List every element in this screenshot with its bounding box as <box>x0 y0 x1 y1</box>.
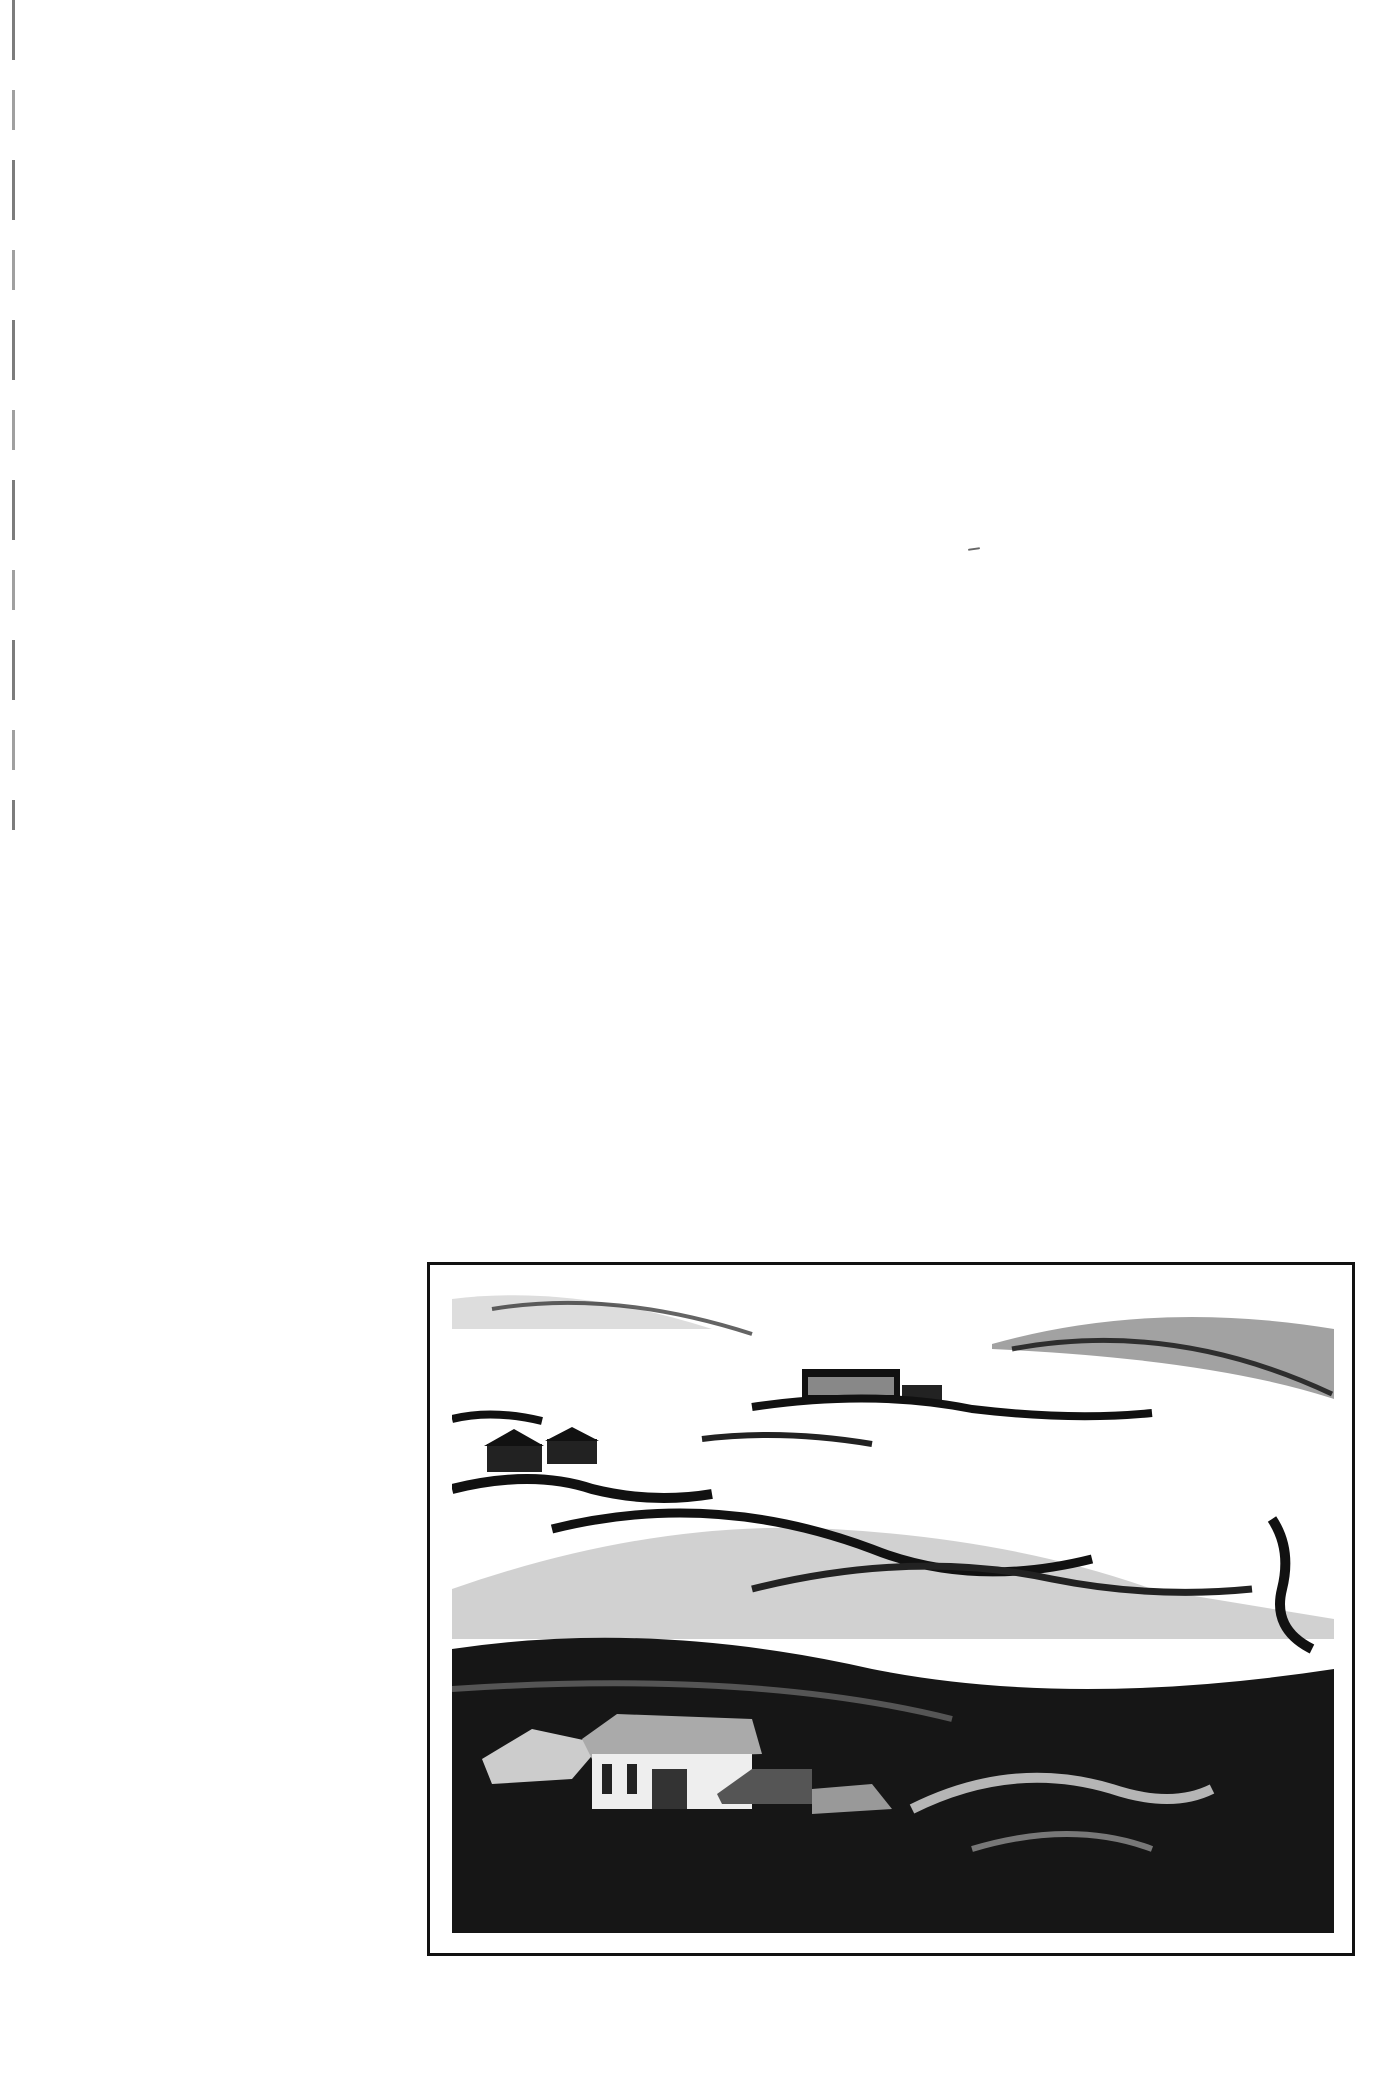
illustration-frame <box>427 1262 1355 1956</box>
scan-speck <box>968 547 980 551</box>
page-binding-edge <box>12 0 15 830</box>
landscape-illustration <box>452 1289 1334 1933</box>
